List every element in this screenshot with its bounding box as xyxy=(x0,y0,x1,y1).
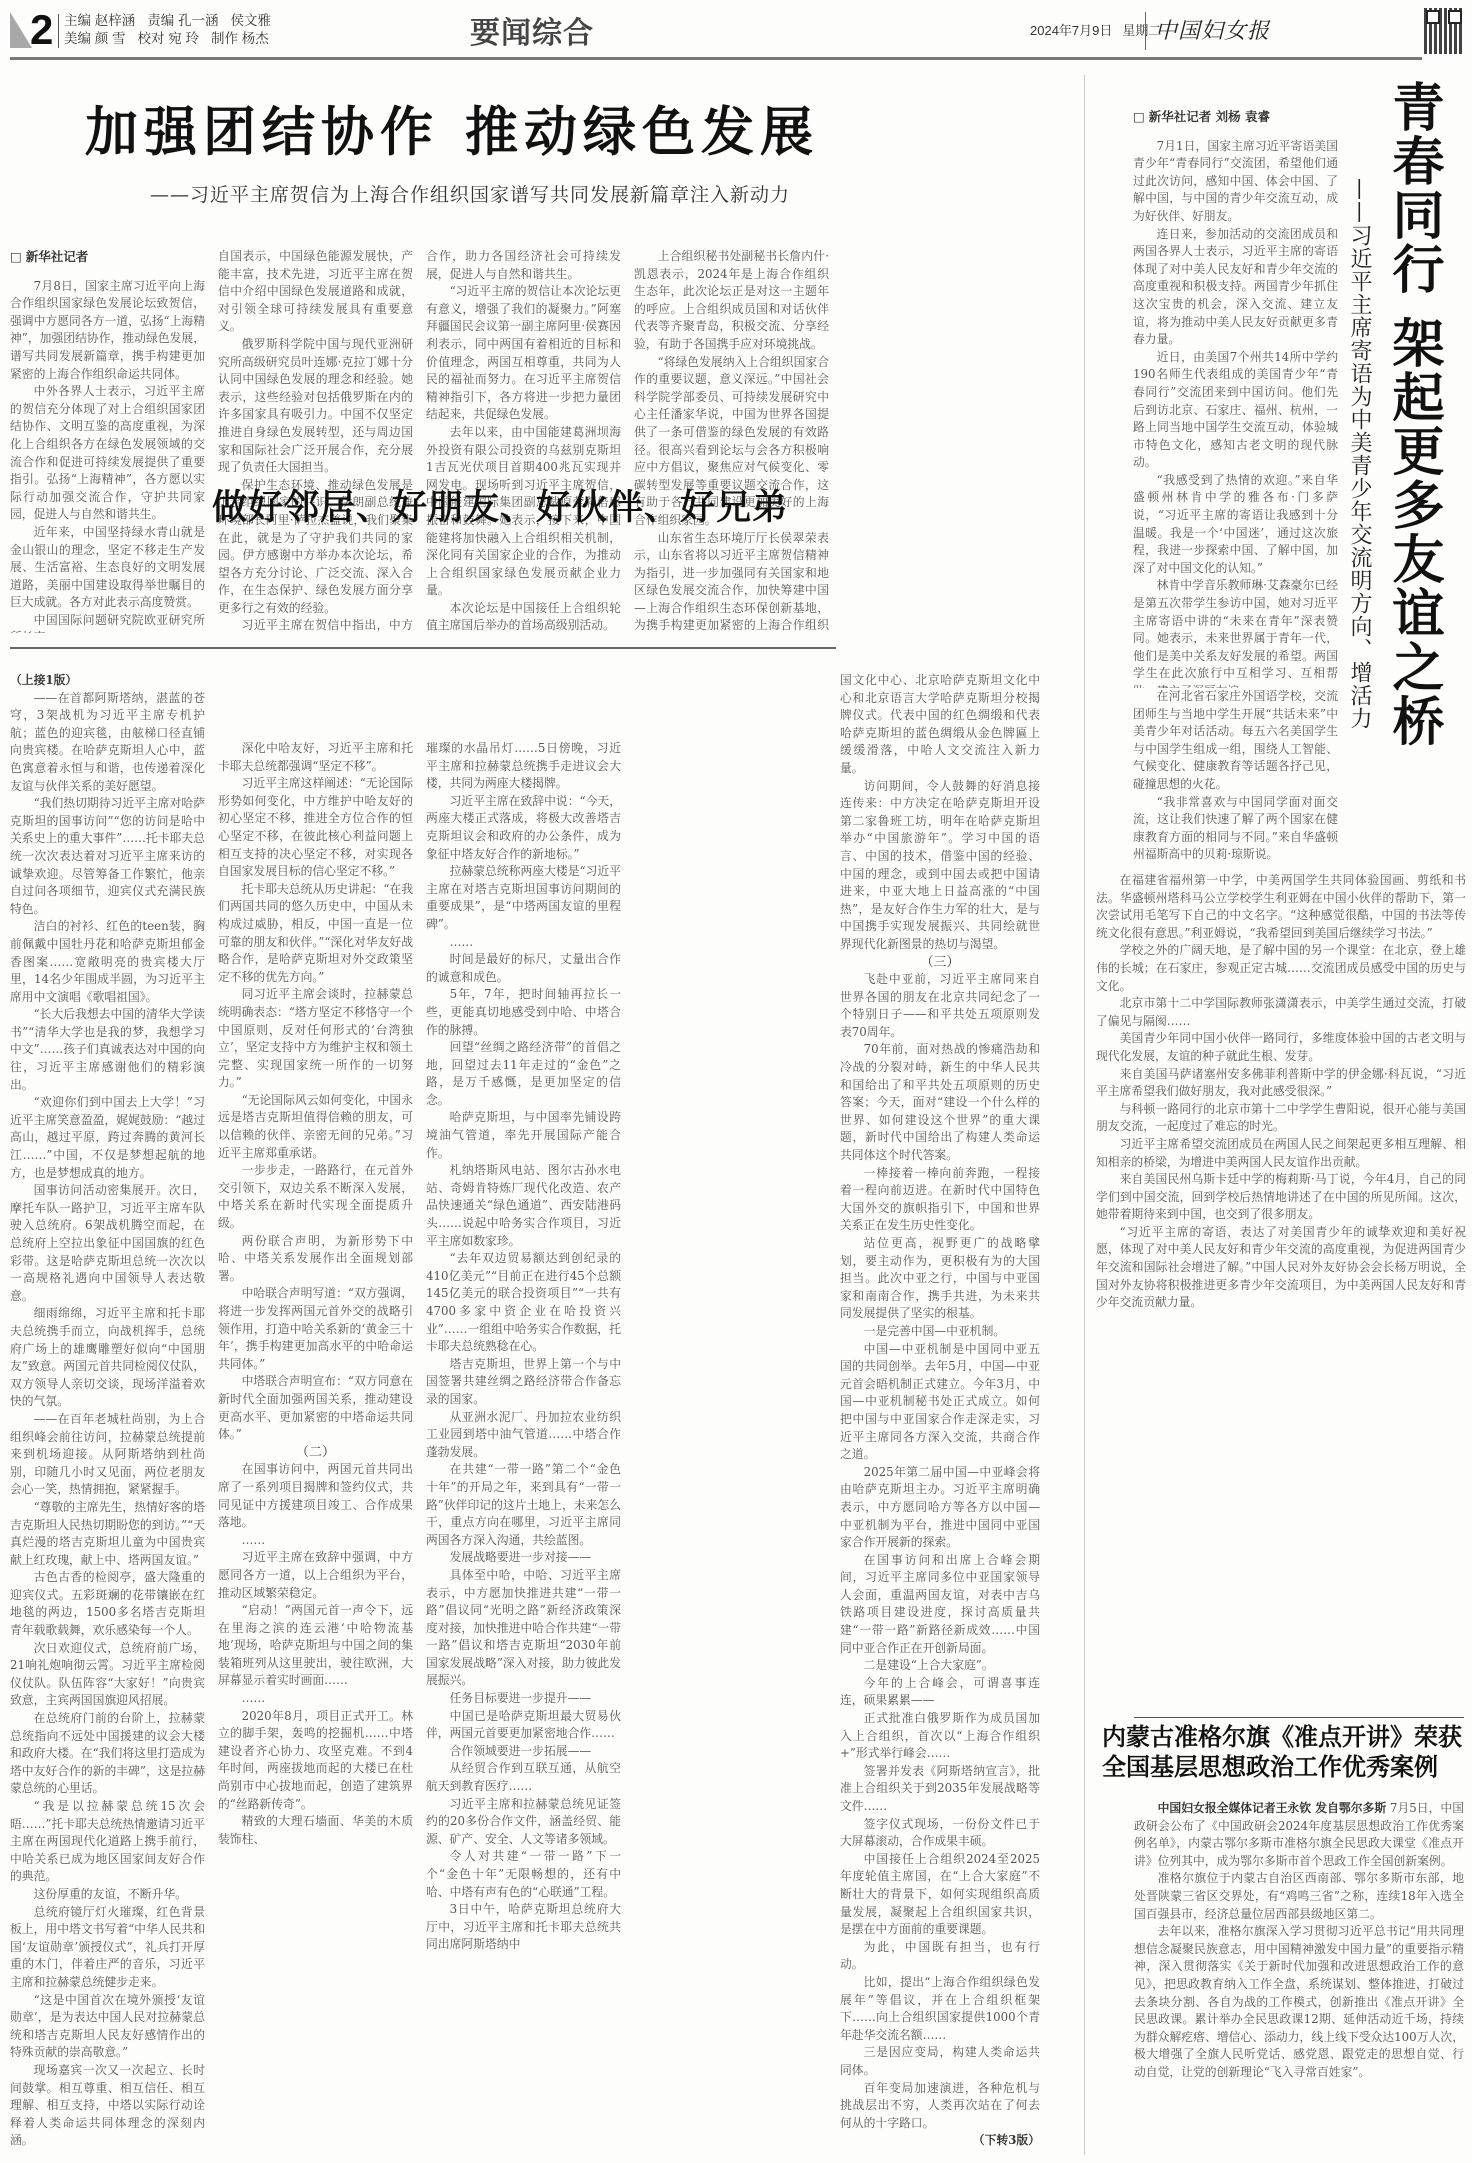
byline: 新华社记者 刘杨 袁睿 xyxy=(1133,108,1338,126)
vertical-headline: 青春同行 架起更多友谊之桥 xyxy=(1384,80,1442,748)
page-corner-triangle xyxy=(10,12,32,48)
article-column: 新华社记者 刘杨 袁睿 7月1日，国家主席习近平寄语美国青少年“青春同行”交流团… xyxy=(1133,108,1338,688)
article-column: 中国妇女报全媒体记者王永钦 发自鄂尔多斯 7月5日，中国政研会公布了《中国政研会… xyxy=(1134,1800,1464,2160)
section-title: 要闻综合 xyxy=(470,8,594,52)
section-divider xyxy=(10,647,836,649)
article-column: 国文化中心、北京哈萨克斯坦文化中心和北京语言大学哈萨克斯坦分校揭牌仪式。代表中国… xyxy=(840,672,1040,2152)
article-column: 在河北省石家庄外国语学校，交流团师生与当地中学生开展“共话未来”中美青少年对话活… xyxy=(1133,688,1338,868)
continued-from: （上接1版） xyxy=(10,672,205,690)
credits-line-2: 美编 颜 雪校对 宛 玲制作 杨杰 xyxy=(64,30,283,48)
article-column: （上接1版） ——在首都阿斯塔纳，湛蓝的苍穹，3架战机为习近平主席专机护航；蓝色… xyxy=(10,672,205,2152)
article-column: 在福建省福州第一中学，中美两国学生共同体验国画、剪纸和书法。华盛顿州塔科马公立学… xyxy=(1096,872,1466,1702)
qr-code-icon[interactable] xyxy=(1424,8,1464,54)
continued-to: （下转3版） xyxy=(840,2132,1040,2150)
credits-line-1: 主编 赵梓涵责编 孔一涵侯文雅 xyxy=(64,12,283,30)
article-column: 深化中哈友好，习近平主席和托卡耶夫总统都强调“坚定不移”。 习近平主席这样阐述：… xyxy=(218,740,413,2152)
column-divider xyxy=(1084,75,1085,2155)
dateline: 中国妇女报全媒体记者王永钦 发自鄂尔多斯 xyxy=(1158,1801,1387,1815)
page-number: 2 xyxy=(30,8,53,52)
article-column: 新华社记者 7月8日，国家主席习近平向上海合作组织国家绿色发展论坛致贺信，强调中… xyxy=(10,248,205,633)
headline: 内蒙古准格尔旗《准点开讲》荣获 全国基层思想政治工作优秀案例 xyxy=(1102,1722,1472,1782)
section-marker: （三） xyxy=(840,954,1040,972)
vertical-subheadline: ——习近平主席寄语为中美青少年交流明方向、增活力 xyxy=(1344,178,1375,730)
section-marker: （二） xyxy=(218,1444,413,1462)
article-column: 合作，助力各国经济社会可持续发展，促进人与自然和谐共生。 “习近平主席的贺信让本… xyxy=(426,248,621,633)
divider xyxy=(58,14,59,48)
editorial-credits: 主编 赵梓涵责编 孔一涵侯文雅 美编 颜 雪校对 宛 玲制作 杨杰 xyxy=(64,12,283,48)
newspaper-logo: 中国妇女报 xyxy=(1155,14,1270,45)
article-column: 自国表示，中国绿色能源发展快，产能丰富，技术先进，习近平主席在贺信中介绍中国绿色… xyxy=(218,248,413,633)
headline: 做好邻居、好朋友、好伙伴、好兄弟 xyxy=(212,480,788,530)
headline: 加强团结协作推动绿色发展 xyxy=(85,90,819,166)
section-divider xyxy=(1134,1717,1464,1718)
subheadline: ——习近平主席贺信为上海合作组织国家谱写共同发展新篇章注入新动力 xyxy=(150,180,790,207)
byline: 新华社记者 xyxy=(10,248,205,266)
masthead: 2 主编 赵梓涵责编 孔一涵侯文雅 美编 颜 雪校对 宛 玲制作 杨杰 要闻综合… xyxy=(0,0,1472,62)
divider xyxy=(1145,12,1146,50)
masthead-rule xyxy=(10,57,1422,60)
issue-date: 2024年7月9日星期二 xyxy=(1030,20,1171,39)
article-column: 上合组织秘书处副秘书长詹内什·凯恩表示，2024年是上海合作组织生态年，此次论坛… xyxy=(634,248,829,633)
article-column: 璀璨的水晶吊灯……5日傍晚，习近平主席和拉赫蒙总统携手走进议会大楼，共同为两座大… xyxy=(426,740,621,2152)
